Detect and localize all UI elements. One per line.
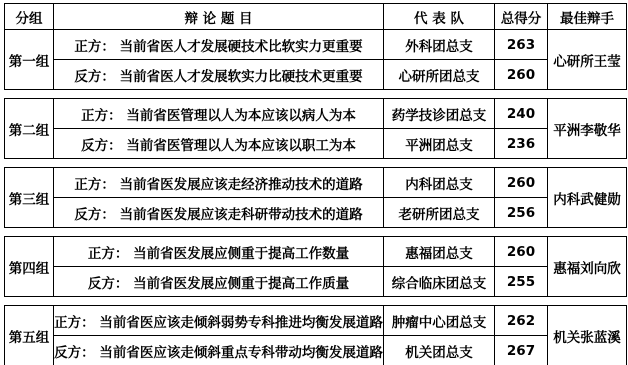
table-row: 反方： 当前省医人才发展软实力比硬技术更重要 心研所团总支 260: [5, 60, 627, 90]
table-row: 反方： 当前省医管理以人为本应该以职工为本 平洲团总支 236: [5, 129, 627, 159]
team-cell: 内科团总支: [384, 168, 495, 198]
score-cell: 236: [495, 129, 548, 159]
debate-topic-cell: 反方： 当前省医发展应侧重于提高工作质量: [54, 267, 384, 297]
debate-topic-cell: 正方： 当前省医人才发展硬技术比软实力更重要: [54, 30, 384, 60]
col-header-team: 代 表 队: [384, 4, 495, 30]
results-table-group-1: 分组 辩 论 题 目 代 表 队 总得分 最佳辩手 第一组 正方： 当前省医人才…: [4, 3, 627, 90]
table-row: 反方： 当前省医应该走倾斜重点专科带动均衡发展道路 机关团总支 267: [5, 336, 627, 365]
best-debater-cell: 惠福刘向欣: [548, 237, 627, 297]
group-name-cell: 第三组: [5, 168, 54, 228]
table-row: 第二组 正方： 当前省医管理以人为本应该以病人为本 药学技诊团总支 240 平洲…: [5, 99, 627, 129]
group-name-cell: 第四组: [5, 237, 54, 297]
group-name-cell: 第五组: [5, 306, 54, 365]
team-cell: 肿瘤中心团总支: [384, 306, 495, 336]
best-debater-cell: 机关张蓝溪: [548, 306, 627, 365]
table-row: 第一组 正方： 当前省医人才发展硬技术比软实力更重要 外科团总支 263 心研所…: [5, 30, 627, 60]
score-cell: 260: [495, 168, 548, 198]
debate-topic-cell: 正方： 当前省医发展应该走经济推动技术的道路: [54, 168, 384, 198]
col-header-score: 总得分: [495, 4, 548, 30]
debate-topic-cell: 反方： 当前省医发展应该走科研带动技术的道路: [54, 198, 384, 228]
team-cell: 机关团总支: [384, 336, 495, 365]
team-cell: 心研所团总支: [384, 60, 495, 90]
team-cell: 综合临床团总支: [384, 267, 495, 297]
debate-topic-cell: 反方： 当前省医应该走倾斜重点专科带动均衡发展道路: [54, 336, 384, 365]
header-row: 分组 辩 论 题 目 代 表 队 总得分 最佳辩手: [5, 4, 627, 30]
score-cell: 263: [495, 30, 548, 60]
score-cell: 260: [495, 237, 548, 267]
debate-topic-cell: 反方： 当前省医管理以人为本应该以职工为本: [54, 129, 384, 159]
score-cell: 256: [495, 198, 548, 228]
table-row: 第四组 正方： 当前省医发展应侧重于提高工作数量 惠福团总支 260 惠福刘向欣: [5, 237, 627, 267]
debate-topic-cell: 反方： 当前省医人才发展软实力比硬技术更重要: [54, 60, 384, 90]
table-row: 第三组 正方： 当前省医发展应该走经济推动技术的道路 内科团总支 260 内科武…: [5, 168, 627, 198]
group-name-cell: 第一组: [5, 30, 54, 90]
table-row: 反方： 当前省医发展应该走科研带动技术的道路 老研所团总支 256: [5, 198, 627, 228]
debate-topic-cell: 正方： 当前省医管理以人为本应该以病人为本: [54, 99, 384, 129]
best-debater-cell: 心研所王莹: [548, 30, 627, 90]
team-cell: 平洲团总支: [384, 129, 495, 159]
team-cell: 惠福团总支: [384, 237, 495, 267]
team-cell: 外科团总支: [384, 30, 495, 60]
group-name-cell: 第二组: [5, 99, 54, 159]
team-cell: 老研所团总支: [384, 198, 495, 228]
col-header-group: 分组: [5, 4, 54, 30]
team-cell: 药学技诊团总支: [384, 99, 495, 129]
table-row: 反方： 当前省医发展应侧重于提高工作质量 综合临床团总支 255: [5, 267, 627, 297]
col-header-best: 最佳辩手: [548, 4, 627, 30]
debate-topic-cell: 正方： 当前省医应该走倾斜弱势专科推进均衡发展道路: [54, 306, 384, 336]
score-cell: 267: [495, 336, 548, 365]
score-cell: 260: [495, 60, 548, 90]
col-header-topic: 辩 论 题 目: [54, 4, 384, 30]
results-table-group-5: 第五组 正方： 当前省医应该走倾斜弱势专科推进均衡发展道路 肿瘤中心团总支 26…: [4, 305, 627, 365]
table-row: 第五组 正方： 当前省医应该走倾斜弱势专科推进均衡发展道路 肿瘤中心团总支 26…: [5, 306, 627, 336]
score-cell: 262: [495, 306, 548, 336]
best-debater-cell: 内科武健勋: [548, 168, 627, 228]
results-table-group-2: 第二组 正方： 当前省医管理以人为本应该以病人为本 药学技诊团总支 240 平洲…: [4, 98, 627, 159]
results-table-group-3: 第三组 正方： 当前省医发展应该走经济推动技术的道路 内科团总支 260 内科武…: [4, 167, 627, 228]
score-cell: 240: [495, 99, 548, 129]
debate-results-document: 分组 辩 论 题 目 代 表 队 总得分 最佳辩手 第一组 正方： 当前省医人才…: [0, 0, 628, 365]
debate-topic-cell: 正方： 当前省医发展应侧重于提高工作数量: [54, 237, 384, 267]
results-table-group-4: 第四组 正方： 当前省医发展应侧重于提高工作数量 惠福团总支 260 惠福刘向欣…: [4, 236, 627, 297]
best-debater-cell: 平洲李敬华: [548, 99, 627, 159]
score-cell: 255: [495, 267, 548, 297]
